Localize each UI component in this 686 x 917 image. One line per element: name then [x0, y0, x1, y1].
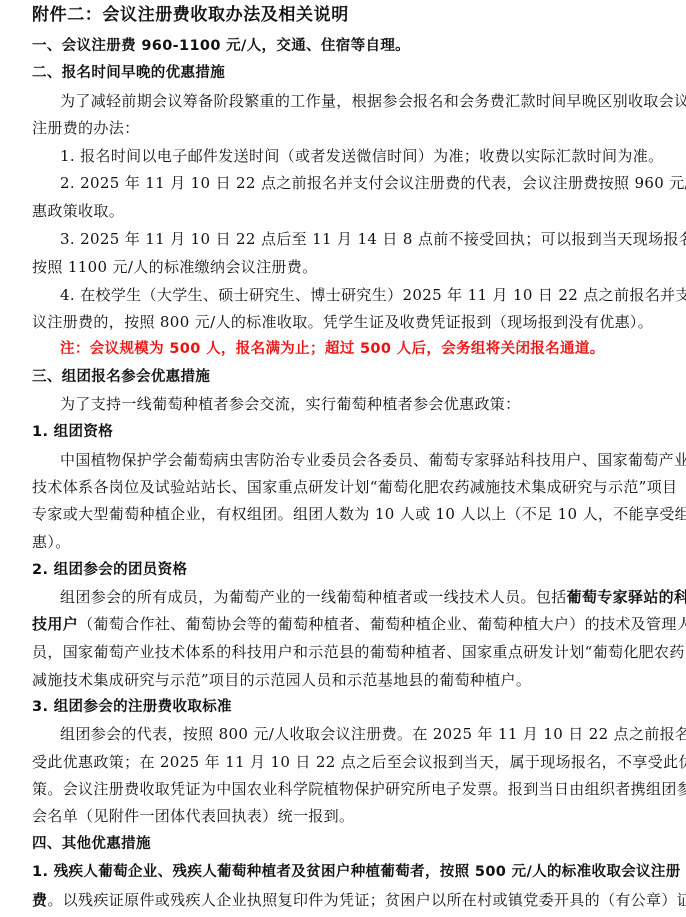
section-3-sub-3-line: 策。会议注册费收取凭证为中国农业科学院植物保护研究所电子发票。报到当日由组织者携…	[32, 779, 644, 799]
section-4-item-1-cont: 费。以残疾证原件或残疾人企业执照复印件为凭证；贫困户以所在村或镇党委开具的（有公…	[32, 890, 686, 910]
plain-text: 组团参会的所有成员，为葡萄产业的一线葡萄种植者或一线技术人员。包括	[60, 588, 567, 606]
section-4-item-1: 1. 残疾人葡萄企业、残疾人葡萄种植者及贫困户种植葡萄者，按照 500 元/人的…	[32, 862, 644, 882]
section-3-sub-2-line: 技用户（葡萄合作社、葡萄协会等的葡萄种植者、葡萄种植企业、葡萄种植大户）的技术及…	[32, 614, 686, 634]
section-3-sub-2-line: 减施技术集成研究与示范”项目的示范园人员和示范基地县的葡萄种植户。	[32, 670, 531, 690]
section-3-sub-1-line: 专家或大型葡萄种植企业，有权组团。组团人数为 10 人或 10 人以上（不足 1…	[32, 504, 644, 524]
section-3-sub-3-line: 会名单（见附件一团体代表回执表）统一报到。	[32, 806, 354, 826]
section-3-sub-1-line: 惠）。	[32, 532, 71, 552]
document-title: 附件二：会议注册费收取办法及相关说明	[32, 5, 349, 25]
bold-text: 技用户	[32, 615, 78, 633]
section-2-intro-line: 注册费的办法：	[32, 118, 139, 138]
section-2-item-2-cont: 惠政策收取。	[32, 201, 124, 221]
section-3-sub-2-line: 员，国家葡萄产业技术体系的科技用户和示范县的葡萄种植者、国家重点研发计划“葡萄化…	[32, 642, 644, 662]
section-3-sub-3-line: 组团参会的代表，按照 800 元/人收取会议注册费。在 2025 年 11 月 …	[60, 724, 644, 744]
section-2-heading: 二、报名时间早晚的优惠措施	[32, 63, 225, 83]
capacity-note: 注：会议规模为 500 人，报名满为止；超过 500 人后，会务组将关闭报名通道…	[60, 339, 605, 359]
section-2-item-2: 2. 2025 年 11 月 10 日 22 点之前报名并支付会议注册费的代表，…	[60, 173, 644, 193]
section-3-heading: 三、组团报名参会优惠措施	[32, 367, 210, 387]
section-4-heading: 四、其他优惠措施	[32, 834, 151, 854]
section-3-sub-3-line: 受此优惠政策；在 2025 年 11 月 10 日 22 点之后至会议报到当天，…	[32, 752, 644, 772]
section-3-sub-1-line: 中国植物保护学会葡萄病虫害防治专业委员会各委员、葡萄专家驿站科技用户、国家葡萄产…	[60, 450, 644, 470]
section-2-item-3: 3. 2025 年 11 月 10 日 22 点后至 11 月 14 日 8 点…	[60, 229, 644, 249]
bold-text: 费	[32, 891, 47, 909]
section-3-sub-2-heading: 2. 组团参会的团员资格	[32, 560, 187, 580]
section-3-intro: 为了支持一线葡萄种植者参会交流，实行葡萄种植者参会优惠政策：	[60, 394, 521, 414]
section-3-sub-3-heading: 3. 组团参会的注册费收取标准	[32, 697, 232, 717]
section-3-sub-1-heading: 1. 组团资格	[32, 422, 113, 442]
plain-text: 。以残疾证原件或残疾人企业执照复印件为凭证；贫困户以所在村或镇党委开具的（有公章…	[47, 891, 686, 909]
section-3-sub-2-line: 组团参会的所有成员，为葡萄产业的一线葡萄种植者或一线技术人员。包括葡萄专家驿站的…	[60, 587, 686, 607]
bold-text: 葡萄专家驿站的科	[567, 588, 686, 606]
section-2-intro-line: 为了减轻前期会议筹备阶段繁重的工作量，根据参会报名和会务费汇款时间早晚区别收取会…	[60, 91, 644, 111]
section-2-item-1: 1. 报名时间以电子邮件发送时间（或者发送微信时间）为准；收费以实际汇款时间为准…	[60, 146, 663, 166]
section-1-heading: 一、会议注册费 960-1100 元/人，交通、住宿等自理。	[32, 36, 410, 56]
section-2-item-4: 4. 在校学生（大学生、硕士研究生、博士研究生）2025 年 11 月 10 日…	[60, 285, 644, 305]
section-3-sub-1-line: 技术体系各岗位及试验站站长、国家重点研发计划“葡萄化肥农药减施技术集成研究与示范…	[32, 477, 644, 497]
section-2-item-4-cont: 议注册费的，按照 800 元/人的标准收取。凭学生证及收费凭证报到（现场报到没有…	[32, 312, 653, 332]
plain-text: （葡萄合作社、葡萄协会等的葡萄种植者、葡萄种植企业、葡萄种植大户）的技术及管理人	[78, 615, 686, 633]
section-2-item-3-cont: 按照 1100 元/人的标准缴纳会议注册费。	[32, 257, 317, 277]
